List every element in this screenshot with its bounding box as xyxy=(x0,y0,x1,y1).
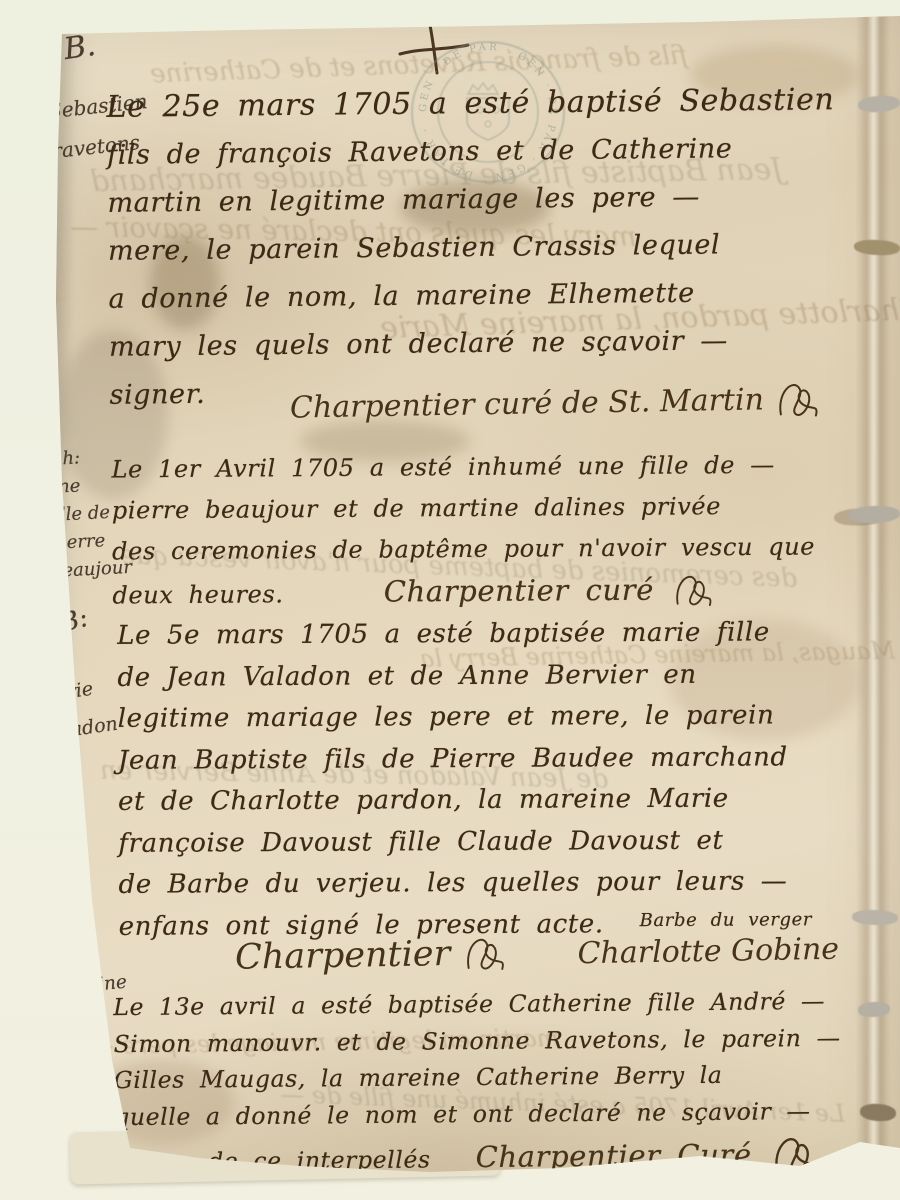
signature-text: Charpentier curé de St. Martin xyxy=(290,382,764,425)
godmother-signature: Charlotte Gobine xyxy=(577,931,839,971)
entry-line: Jean Baptiste fils de Pierre Baudee marc… xyxy=(118,737,812,782)
margin-note-entry4-initial: B: xyxy=(56,926,84,955)
entry-line: fils de françois Ravetons et de Catherin… xyxy=(107,124,835,180)
entry-line: de Jean Valadon et de Anne Bervier en xyxy=(117,654,811,699)
entry-line: quelle a donné le nom et ont declaré ne … xyxy=(114,1092,841,1135)
record-entry-baptism-marie-valadon: Le 5e mars 1705 a esté baptisée marie fi… xyxy=(117,612,812,950)
cure-signature: Charpentier xyxy=(235,934,451,978)
record-entry-baptism-sebastien: Le 25e mars 1705 a esté baptisé Sebastie… xyxy=(106,76,837,420)
entry-line: et de Charlotte pardon, la mareine Marie xyxy=(118,778,812,823)
cure-signature: Charpentier curé xyxy=(384,572,719,608)
entry-line: des ceremonies de baptême pour n'avoir v… xyxy=(112,527,815,573)
entry-line: Le 5e mars 1705 a esté baptisée marie fi… xyxy=(117,612,811,657)
entry-line: Le 25e mars 1705 a esté baptisé Sebastie… xyxy=(106,76,834,132)
entry-line: a donné le nom, la mareine Elhemette xyxy=(108,268,836,324)
margin-note-entry3-name: marie valadon xyxy=(35,667,120,753)
entry-line: legitime mariage les pere et mere, le pa… xyxy=(118,695,812,740)
paraph-flourish xyxy=(461,930,512,979)
entry-line: mary les quels ont declaré ne sçavoir — xyxy=(109,316,837,372)
entry-line: Le 13e avril a esté baptisée Catherine f… xyxy=(113,983,840,1026)
margin-note-entry1-initial: B. xyxy=(62,28,98,67)
entry-line: Simon manouvr. et de Simonne Ravetons, l… xyxy=(113,1019,840,1062)
signature-row: Charpentier Charlotte Gobine xyxy=(235,925,840,984)
margin-note-line: valadon xyxy=(40,705,120,753)
paraph-flourish xyxy=(773,375,826,426)
page-gutter-crease xyxy=(856,14,890,1164)
manuscript-scan: fils de françois Ravetons et de Catherin… xyxy=(0,0,900,1200)
entry-line: deux heures. Charpentier curé xyxy=(112,568,815,619)
cure-signature: Charpentier curé de St. Martin xyxy=(290,375,826,434)
record-entry-baptism-catherine-simon: Le 13e avril a esté baptisée Catherine f… xyxy=(113,983,842,1189)
signature-text: Charpentier Curé xyxy=(475,1138,751,1174)
record-entry-burial-beaujour: Le 1er Avril 1705 a esté inhumé une fill… xyxy=(111,445,815,619)
entry-line: pierre beaujour et de martine dalines pr… xyxy=(112,486,815,532)
cure-signature: Charpentier Curé xyxy=(475,1137,824,1174)
signature-text: Charpentier curé xyxy=(384,573,654,609)
paraph-flourish xyxy=(671,568,719,614)
entry-line-text: deux heures. xyxy=(112,580,283,609)
paraph-flourish xyxy=(768,1129,824,1183)
entry-line: martin en legitime mariage les pere — xyxy=(107,172,835,228)
binding-stitch xyxy=(848,505,900,524)
entry-line: Le 1er Avril 1705 a esté inhumé une fill… xyxy=(111,445,814,491)
entry-line: mere, le parein Sebastien Crassis lequel xyxy=(108,220,836,276)
manuscript-page: fils de françois Ravetons et de Catherin… xyxy=(0,0,900,1200)
entry-line: Gilles Maugas, la mareine Catherine Berr… xyxy=(114,1056,841,1099)
entry-line: françoise Davoust fille Claude Davoust e… xyxy=(118,820,812,865)
